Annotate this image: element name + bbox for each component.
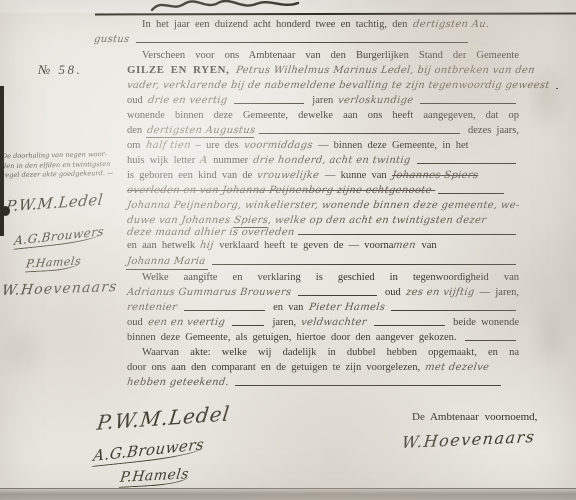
margin-note-line: regel dezer akte goedgekeurd. — bbox=[2, 169, 122, 181]
officer-caption: De Ambtenaar voornoemd, bbox=[412, 411, 537, 423]
printed-text: door ons aan den comparant en de getuige… bbox=[127, 360, 425, 375]
act-line-25: hebben geteekend. bbox=[127, 375, 519, 390]
act-line-10: huis wijk letter A nummer drie honderd, … bbox=[127, 153, 519, 168]
act-line-6: oud drie en veertig jaren verloskundige bbox=[127, 93, 519, 108]
printed-text: en aan hetwelk bbox=[127, 238, 200, 253]
blank-line-fill bbox=[232, 375, 504, 390]
handwritten-text: deze maand alhier is overleden bbox=[126, 228, 295, 238]
act-line-4: GILZE EN RYEN, Petrus Wilhelmus Marinus … bbox=[127, 63, 519, 78]
blank-line-fill bbox=[462, 330, 519, 345]
blank-line-fill bbox=[417, 93, 519, 108]
register-page-scan: № 58. De doorhaling van negen woor- den … bbox=[0, 0, 576, 500]
blank-line-fill bbox=[229, 315, 268, 330]
printed-text: — binnen deze Gemeente, in het bbox=[313, 138, 469, 153]
act-number: № 58. bbox=[38, 62, 82, 78]
printed-text: den bbox=[127, 123, 147, 138]
blank-line-fill bbox=[133, 32, 471, 48]
handwritten-underlined-text: dertigsten Augustus bbox=[146, 123, 256, 138]
handwritten-text: hebben geteekend. bbox=[126, 375, 233, 390]
act-line-5: vader, verklarende bij de nabemeldene be… bbox=[127, 78, 519, 93]
blank-line-fill bbox=[388, 300, 519, 315]
handwritten-struck-text: Johannes Spiers bbox=[391, 168, 479, 183]
act-line-19: Adrianus Gummarus Brouwers oud zes en vi… bbox=[127, 285, 519, 300]
printed-text: en van bbox=[268, 300, 309, 315]
handwritten-text: drie honderd, acht en twintig bbox=[252, 153, 415, 168]
printed-text: is geboren een kind van de bbox=[127, 168, 257, 183]
handwritten-text: rentenier bbox=[126, 300, 181, 315]
handwritten-text: half tien bbox=[145, 138, 192, 153]
spacer bbox=[471, 32, 519, 48]
printed-text: – ure des bbox=[190, 138, 244, 153]
margin-signature-ledel: P.W.M.Ledel bbox=[5, 191, 104, 216]
printed-text: dezes jaars, bbox=[463, 123, 519, 138]
printed-text: — jaren, bbox=[474, 285, 519, 300]
photo-bottom-edge bbox=[0, 488, 576, 500]
act-body: In het jaar een duizend acht honderd twe… bbox=[127, 17, 519, 390]
blank-line-fill bbox=[553, 78, 561, 93]
act-line-13: Johanna Peijnenborg, winkelierster, wone… bbox=[127, 198, 519, 213]
handwritten-text: hij bbox=[199, 238, 214, 253]
blank-line-fill bbox=[256, 123, 463, 138]
handwritten-text: duwe van Johannes bbox=[126, 213, 235, 228]
printed-text: beide wonende bbox=[448, 315, 519, 330]
blank-line-fill bbox=[295, 285, 380, 300]
blank-line-fill bbox=[371, 315, 448, 330]
printed-text: Verscheen voor ons Ambtenaar van den Bur… bbox=[142, 50, 519, 61]
officer-signature: W.Hoevenaars bbox=[401, 427, 537, 452]
handwritten-struck-text: overleden en van Johanna Peijnenborg zij… bbox=[126, 183, 436, 198]
act-line-14: duwe van Johannes Spiers, welke op den a… bbox=[127, 213, 519, 228]
spacer bbox=[504, 375, 519, 390]
printed-text: oud bbox=[380, 285, 406, 300]
municipality-name: GILZE EN RYEN, bbox=[127, 63, 236, 78]
margin-signature-hoevenaars: W.Hoevenaars bbox=[1, 279, 118, 299]
handwritten-text: veldwachter bbox=[300, 315, 371, 330]
handwritten-text: vader, verklarende bij de nabemeldene be… bbox=[126, 78, 554, 93]
printed-text: oud bbox=[127, 93, 148, 108]
blank-line-fill bbox=[414, 153, 519, 168]
act-line-21: oud een en veertig jaren, veldwachter be… bbox=[127, 315, 519, 330]
previous-act-ink-fragment bbox=[150, 0, 300, 12]
handwritten-text: voormiddags bbox=[243, 138, 314, 153]
closing-signature-ledel: P.W.M.Ledel bbox=[96, 401, 232, 435]
bleedthrough-smudge bbox=[0, 320, 52, 380]
act-line-15: deze maand alhier is overleden bbox=[127, 228, 519, 238]
printed-text: jaren, bbox=[267, 315, 301, 330]
act-line-11: is geboren een kind van de vrouwelijke —… bbox=[127, 168, 519, 183]
act-line-8: den dertigsten Augustus dezes jaars, bbox=[127, 123, 519, 138]
act-line-18: Welke aangifte en verklaring is geschied… bbox=[127, 270, 519, 285]
printed-text: wonende binnen deze Gemeente, dewelke aa… bbox=[127, 110, 519, 121]
printed-text: om bbox=[127, 138, 146, 153]
act-line-22: binnen deze Gemeente, als getuigen, hier… bbox=[127, 330, 519, 345]
act-line-23: Waarvan akte: welke wij dadelijk in dubb… bbox=[127, 345, 519, 360]
handwritten-text: vrouwelijke bbox=[257, 168, 321, 183]
bleedthrough-smudge bbox=[530, 296, 572, 374]
printed-text: van bbox=[416, 238, 436, 253]
closing-signature-hamels: P.Hamels bbox=[119, 466, 190, 488]
handwritten-text: drie en veertig bbox=[147, 93, 232, 108]
margin-signature-brouwers: A.G.Brouwers bbox=[13, 224, 104, 250]
closing-signature-brouwers: A.G.Brouwers bbox=[92, 435, 205, 467]
handwritten-text: verloskundige bbox=[338, 93, 419, 108]
binding-dot bbox=[1, 206, 10, 216]
header-rule bbox=[95, 12, 576, 15]
act-line-12: overleden en van Johanna Peijnenborg zij… bbox=[127, 183, 519, 198]
handwritten-text: met dezelve bbox=[424, 360, 490, 375]
act-line-20: rentenier en van Pieter Hamels bbox=[127, 300, 519, 315]
handwritten-text: gustus bbox=[93, 32, 134, 48]
printed-text: verklaard heeft te geven de — voorna bbox=[214, 238, 393, 253]
act-line-17: Johanna Maria bbox=[127, 253, 519, 270]
printed-text: binnen deze Gemeente, als getuigen, hier… bbox=[127, 330, 462, 345]
handwritten-underlined-text: Spiers bbox=[233, 213, 269, 228]
printed-text: huis wijk letter bbox=[127, 153, 200, 168]
blank-line-fill bbox=[209, 253, 519, 270]
spacer bbox=[507, 183, 519, 198]
margin-note: De doorhaling van negen woor- den in den… bbox=[2, 150, 123, 181]
act-line-16: en aan hetwelk hij verklaard heeft te ge… bbox=[127, 238, 519, 253]
handwritten-underlined-text: Johanna Maria bbox=[126, 253, 210, 270]
printed-text: oud bbox=[127, 315, 148, 330]
act-line-1: In het jaar een duizend acht honderd twe… bbox=[127, 17, 519, 32]
act-line-3: Verscheen voor ons Ambtenaar van den Bur… bbox=[127, 48, 519, 63]
act-line-9: om half tien – ure des voormiddags — bin… bbox=[127, 138, 519, 153]
printed-text: Waarvan akte: welke wij dadelijk in dubb… bbox=[142, 347, 519, 358]
handwritten-text: , welke op den acht en twintigsten dezer bbox=[267, 213, 487, 228]
printed-text: nummer bbox=[208, 153, 253, 168]
margin-signature-hamels: P.Hamels bbox=[25, 255, 82, 273]
handwritten-text: Adrianus Gummarus Brouwers bbox=[126, 285, 296, 300]
act-line-24: door ons aan den comparant en de getuige… bbox=[127, 360, 519, 375]
printed-text: In het jaar een duizend acht honderd twe… bbox=[142, 17, 413, 32]
handwritten-text: men bbox=[393, 238, 418, 253]
printed-text: Welke aangifte en verklaring is geschied… bbox=[142, 272, 519, 283]
act-line-2: gustus bbox=[94, 32, 519, 48]
handwritten-text: een en veertig bbox=[147, 315, 229, 330]
blank-line-fill bbox=[435, 183, 507, 198]
handwritten-text: Johanna Peijnenborg, winkelierster, wone… bbox=[126, 198, 520, 213]
printed-text: — kunne van bbox=[320, 168, 392, 183]
handwritten-text: zes en vijftig bbox=[405, 285, 475, 300]
act-line-7: wonende binnen deze Gemeente, dewelke aa… bbox=[127, 108, 519, 123]
handwritten-text: Pieter Hamels bbox=[308, 300, 389, 315]
printed-text: jaren bbox=[307, 93, 338, 108]
handwritten-text: Petrus Wilhelmus Marinus Ledel, bij ontb… bbox=[235, 63, 536, 78]
blank-line-fill bbox=[181, 300, 268, 315]
handwritten-text: dertigsten Au. bbox=[412, 17, 490, 32]
blank-line-fill bbox=[231, 93, 307, 108]
blank-line-fill bbox=[295, 228, 519, 238]
